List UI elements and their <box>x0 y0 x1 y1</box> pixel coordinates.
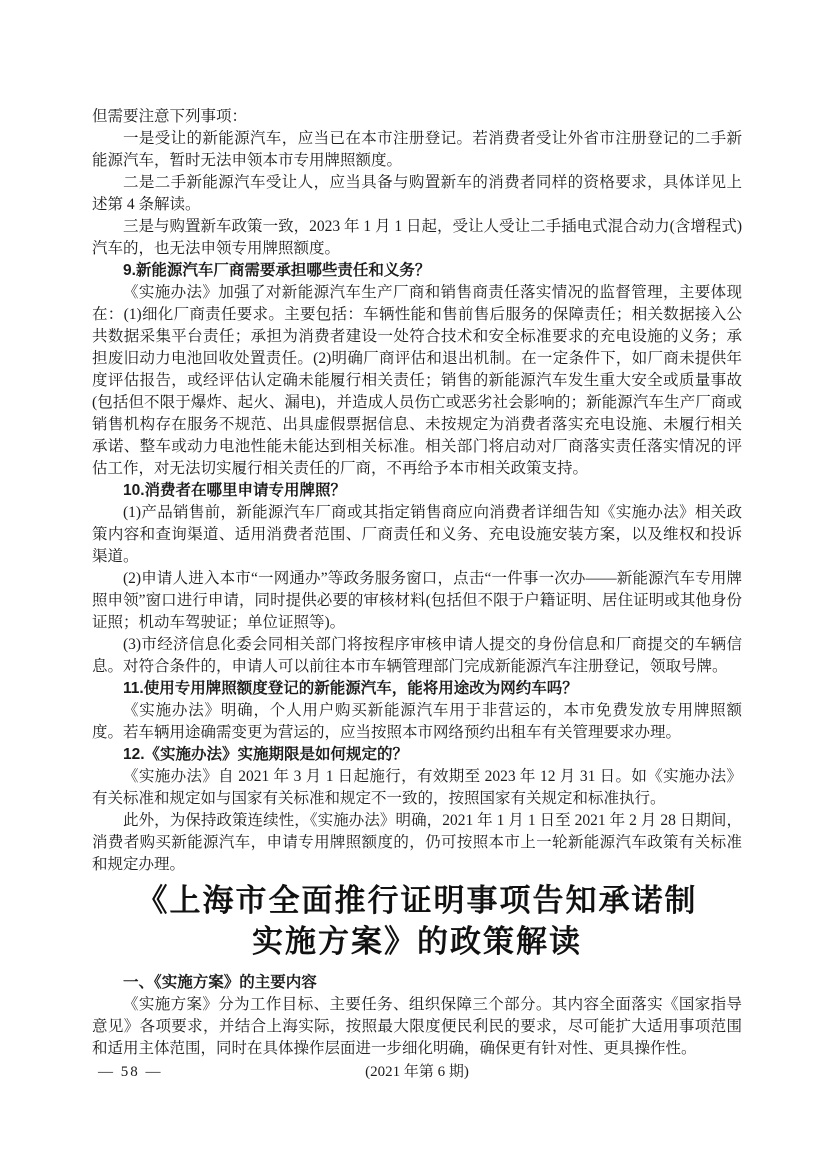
paragraph: 二是二手新能源汽车受让人，应当具备与购置新车的消费者同样的资格要求，具体详见上述… <box>92 172 742 216</box>
paragraph: 《实施办法》加强了对新能源汽车生产厂商和销售商责任落实情况的监督管理，主要体现在… <box>92 282 742 480</box>
question-heading-10: 10.消费者在哪里申请专用牌照？ <box>92 480 742 502</box>
article-title: 《上海市全面推行证明事项告知承诺制 实施方案》的政策解读 <box>92 880 742 962</box>
section-heading-1: 一、《实施方案》的主要内容 <box>92 972 742 994</box>
paragraph: (2)申请人进入本市“一网通办”等政务服务窗口，点击“一件事一次办——新能源汽车… <box>92 568 742 634</box>
document-page: 但需要注意下列事项： 一是受让的新能源汽车，应当已在本市注册登记。若消费者受让外… <box>0 0 827 1170</box>
qa-article-body: 但需要注意下列事项： 一是受让的新能源汽车，应当已在本市注册登记。若消费者受让外… <box>92 106 742 876</box>
page-number: — 58 — <box>98 1062 163 1082</box>
paragraph: 三是与购置新车政策一致，2023 年 1 月 1 日起，受让人受让二手插电式混合… <box>92 216 742 260</box>
issue-info: (2021 年第 6 期) <box>92 1062 742 1082</box>
paragraph: 此外，为保持政策连续性，《实施办法》明确，2021 年 1 月 1 日至 202… <box>92 810 742 876</box>
paragraph: 《实施办法》自 2021 年 3 月 1 日起施行，有效期至 2023 年 12… <box>92 766 742 810</box>
paragraph: 《实施办法》明确，个人用户购买新能源汽车用于非营运的，本市免费发放专用牌照额度。… <box>92 700 742 744</box>
second-article-body: 一、《实施方案》的主要内容 《实施方案》分为工作目标、主要任务、组织保障三个部分… <box>92 972 742 1060</box>
article-title-line1: 《上海市全面推行证明事项告知承诺制 <box>92 880 742 921</box>
paragraph: (1)产品销售前，新能源汽车厂商或其指定销售商应向消费者详细告知《实施办法》相关… <box>92 502 742 568</box>
question-heading-9: 9.新能源汽车厂商需要承担哪些责任和义务？ <box>92 260 742 282</box>
paragraph: 一是受让的新能源汽车，应当已在本市注册登记。若消费者受让外省市注册登记的二手新能… <box>92 128 742 172</box>
article-title-line2: 实施方案》的政策解读 <box>92 921 742 962</box>
question-heading-11: 11.使用专用牌照额度登记的新能源汽车，能将用途改为网约车吗？ <box>92 678 742 700</box>
paragraph: (3)市经济信息化委会同相关部门将按程序审核申请人提交的身份信息和厂商提交的车辆… <box>92 634 742 678</box>
page-footer: — 58 — (2021 年第 6 期) <box>92 1062 742 1082</box>
paragraph: 《实施方案》分为工作目标、主要任务、组织保障三个部分。其内容全面落实《国家指导意… <box>92 994 742 1060</box>
paragraph-continuation: 但需要注意下列事项： <box>92 106 742 128</box>
question-heading-12: 12.《实施办法》实施期限是如何规定的？ <box>92 744 742 766</box>
